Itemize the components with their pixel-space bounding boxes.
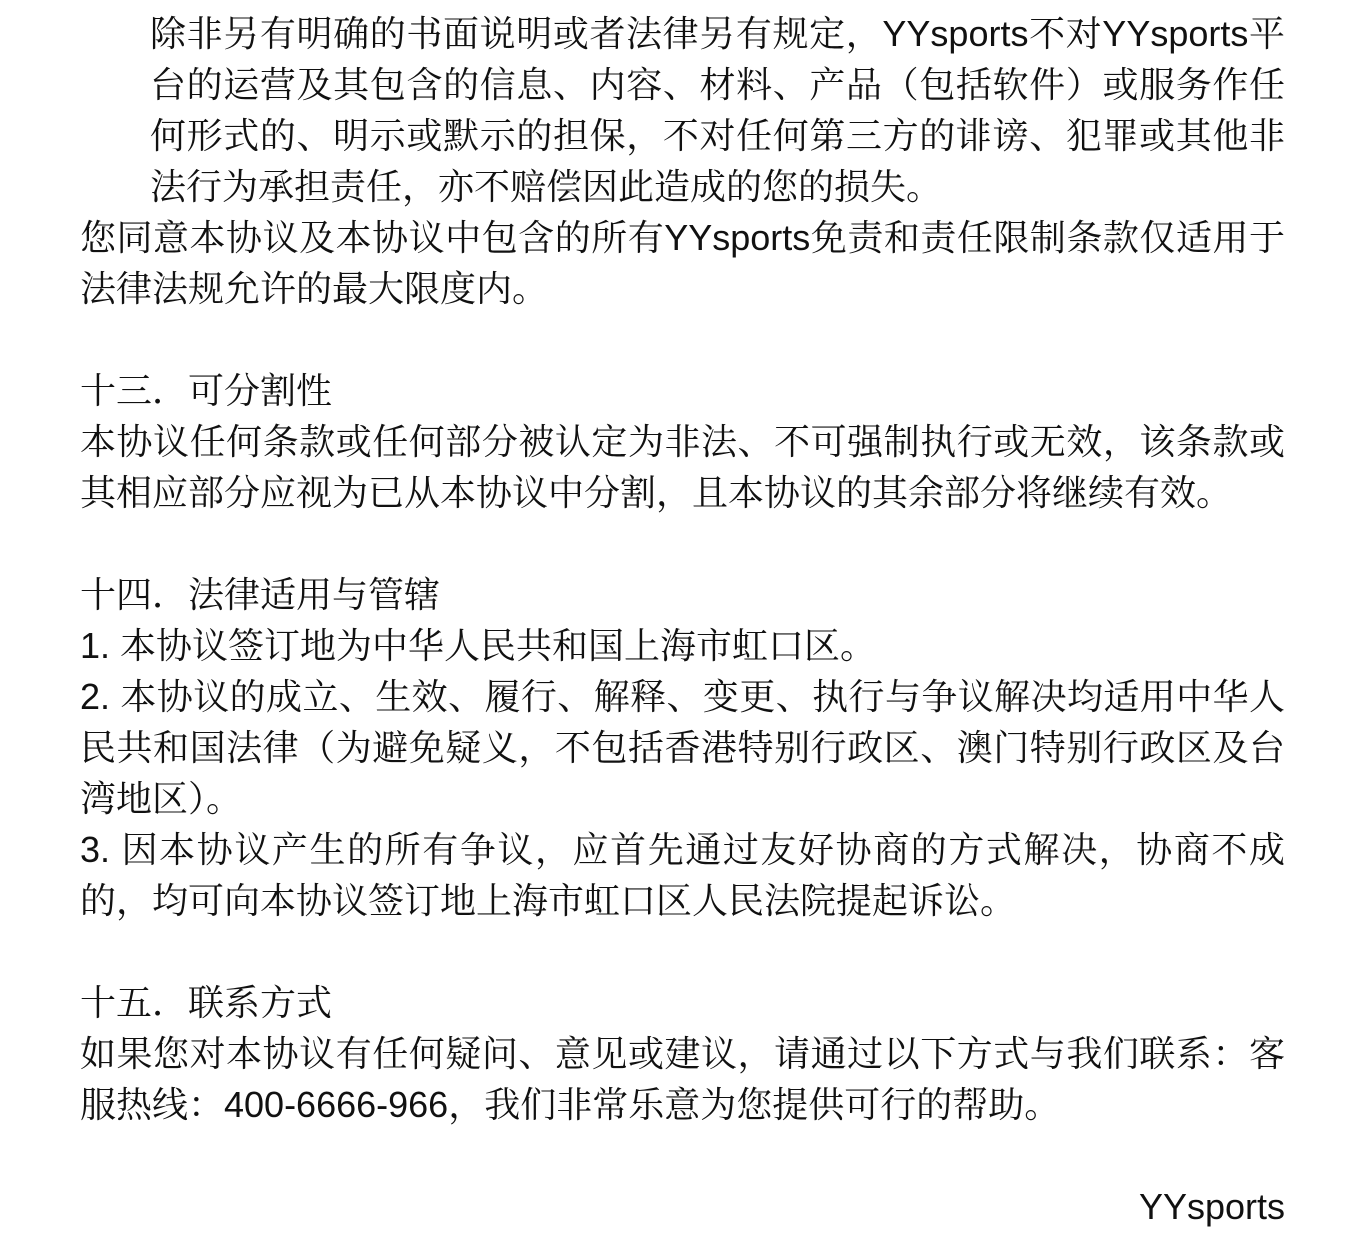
liability-limit-paragraph: 您同意本协议及本协议中包含的所有YYsports免责和责任限制条款仅适用于法律法… [80,212,1285,314]
section-14-item-1: 1. 本协议签订地为中华人民共和国上海市虹口区。 [80,620,1285,671]
section-heading-13-severability: 十三．可分割性 [80,365,1285,416]
section-14-item-2: 2. 本协议的成立、生效、履行、解释、变更、执行与争议解决均适用中华人民共和国法… [80,671,1285,824]
section-13-body: 本协议任何条款或任何部分被认定为非法、不可强制执行或无效，该条款或其相应部分应视… [80,416,1285,518]
signature-brand: YYsports [80,1181,1285,1232]
section-15-body-contact-info: 如果您对本协议有任何疑问、意见或建议，请通过以下方式与我们联系：客服热线：400… [80,1028,1285,1130]
agreement-document: 除非另有明确的书面说明或者法律另有规定，YYsports不对YYsports平台… [0,0,1366,1232]
disclaimer-paragraph: 除非另有明确的书面说明或者法律另有规定，YYsports不对YYsports平台… [150,8,1285,212]
section-heading-14-governing-law: 十四．法律适用与管辖 [80,569,1285,620]
section-heading-15-contact: 十五．联系方式 [80,977,1285,1028]
section-14-item-3: 3. 因本协议产生的所有争议，应首先通过友好协商的方式解决，协商不成的，均可向本… [80,824,1285,926]
